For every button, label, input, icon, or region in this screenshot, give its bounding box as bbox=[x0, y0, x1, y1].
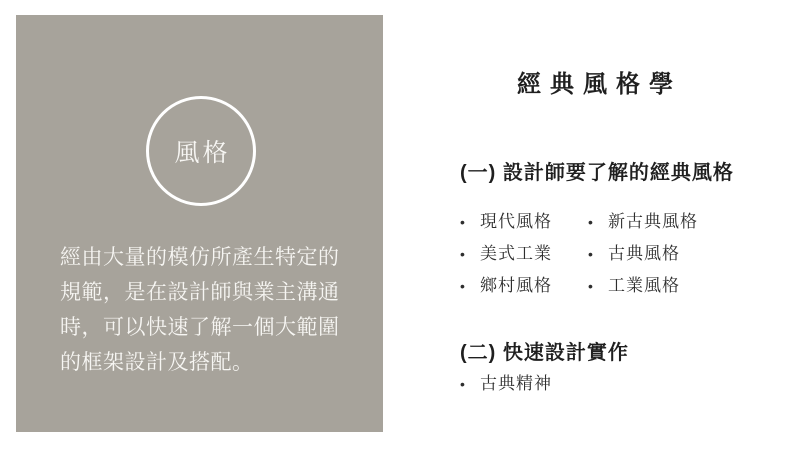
list-item: • 現代風格 bbox=[460, 206, 588, 238]
bullet-label: 美式工業 bbox=[480, 238, 552, 269]
section-1-bullet-list: • 現代風格 • 新古典風格 • 美式工業 • 古典風格 • 鄉村風格 • 工業… bbox=[460, 206, 698, 302]
bullet-icon: • bbox=[460, 207, 480, 238]
bullet-icon: • bbox=[588, 207, 608, 238]
presentation-slide: 風格 經由大量的模仿所產生特定的規範，是在設計師與業主溝通時，可以快速了解一個大… bbox=[0, 0, 800, 450]
list-item: • 古典風格 bbox=[588, 238, 698, 270]
style-description-paragraph: 經由大量的模仿所產生特定的規範，是在設計師與業主溝通時，可以快速了解一個大範圍的… bbox=[60, 240, 350, 380]
bullet-icon: • bbox=[460, 239, 480, 270]
bullet-icon: • bbox=[460, 271, 480, 302]
left-image-panel: 風格 經由大量的模仿所產生特定的規範，是在設計師與業主溝通時，可以快速了解一個大… bbox=[16, 15, 383, 432]
list-item: • 美式工業 bbox=[460, 238, 588, 270]
bullet-icon: • bbox=[588, 271, 608, 302]
list-item: • 古典精神 bbox=[460, 368, 552, 400]
section-2-heading: (二) 快速設計實作 bbox=[460, 336, 629, 365]
bullet-label: 工業風格 bbox=[608, 270, 680, 301]
section-2-bullet-list: • 古典精神 bbox=[460, 368, 552, 400]
section-1-heading: (一) 設計師要了解的經典風格 bbox=[460, 156, 734, 185]
list-item: • 鄉村風格 bbox=[460, 270, 588, 302]
bullet-label: 古典風格 bbox=[608, 238, 680, 269]
bullet-label: 新古典風格 bbox=[608, 206, 698, 237]
list-item: • 工業風格 bbox=[588, 270, 698, 302]
style-circle-badge: 風格 bbox=[146, 96, 256, 206]
slide-title: 經典風格學 bbox=[460, 64, 730, 99]
bullet-label: 鄉村風格 bbox=[480, 270, 552, 301]
bullet-label: 古典精神 bbox=[480, 368, 552, 399]
list-item: • 新古典風格 bbox=[588, 206, 698, 238]
bullet-icon: • bbox=[460, 369, 480, 400]
bullet-label: 現代風格 bbox=[480, 206, 552, 237]
bullet-icon: • bbox=[588, 239, 608, 270]
circle-badge-label: 風格 bbox=[171, 133, 230, 169]
